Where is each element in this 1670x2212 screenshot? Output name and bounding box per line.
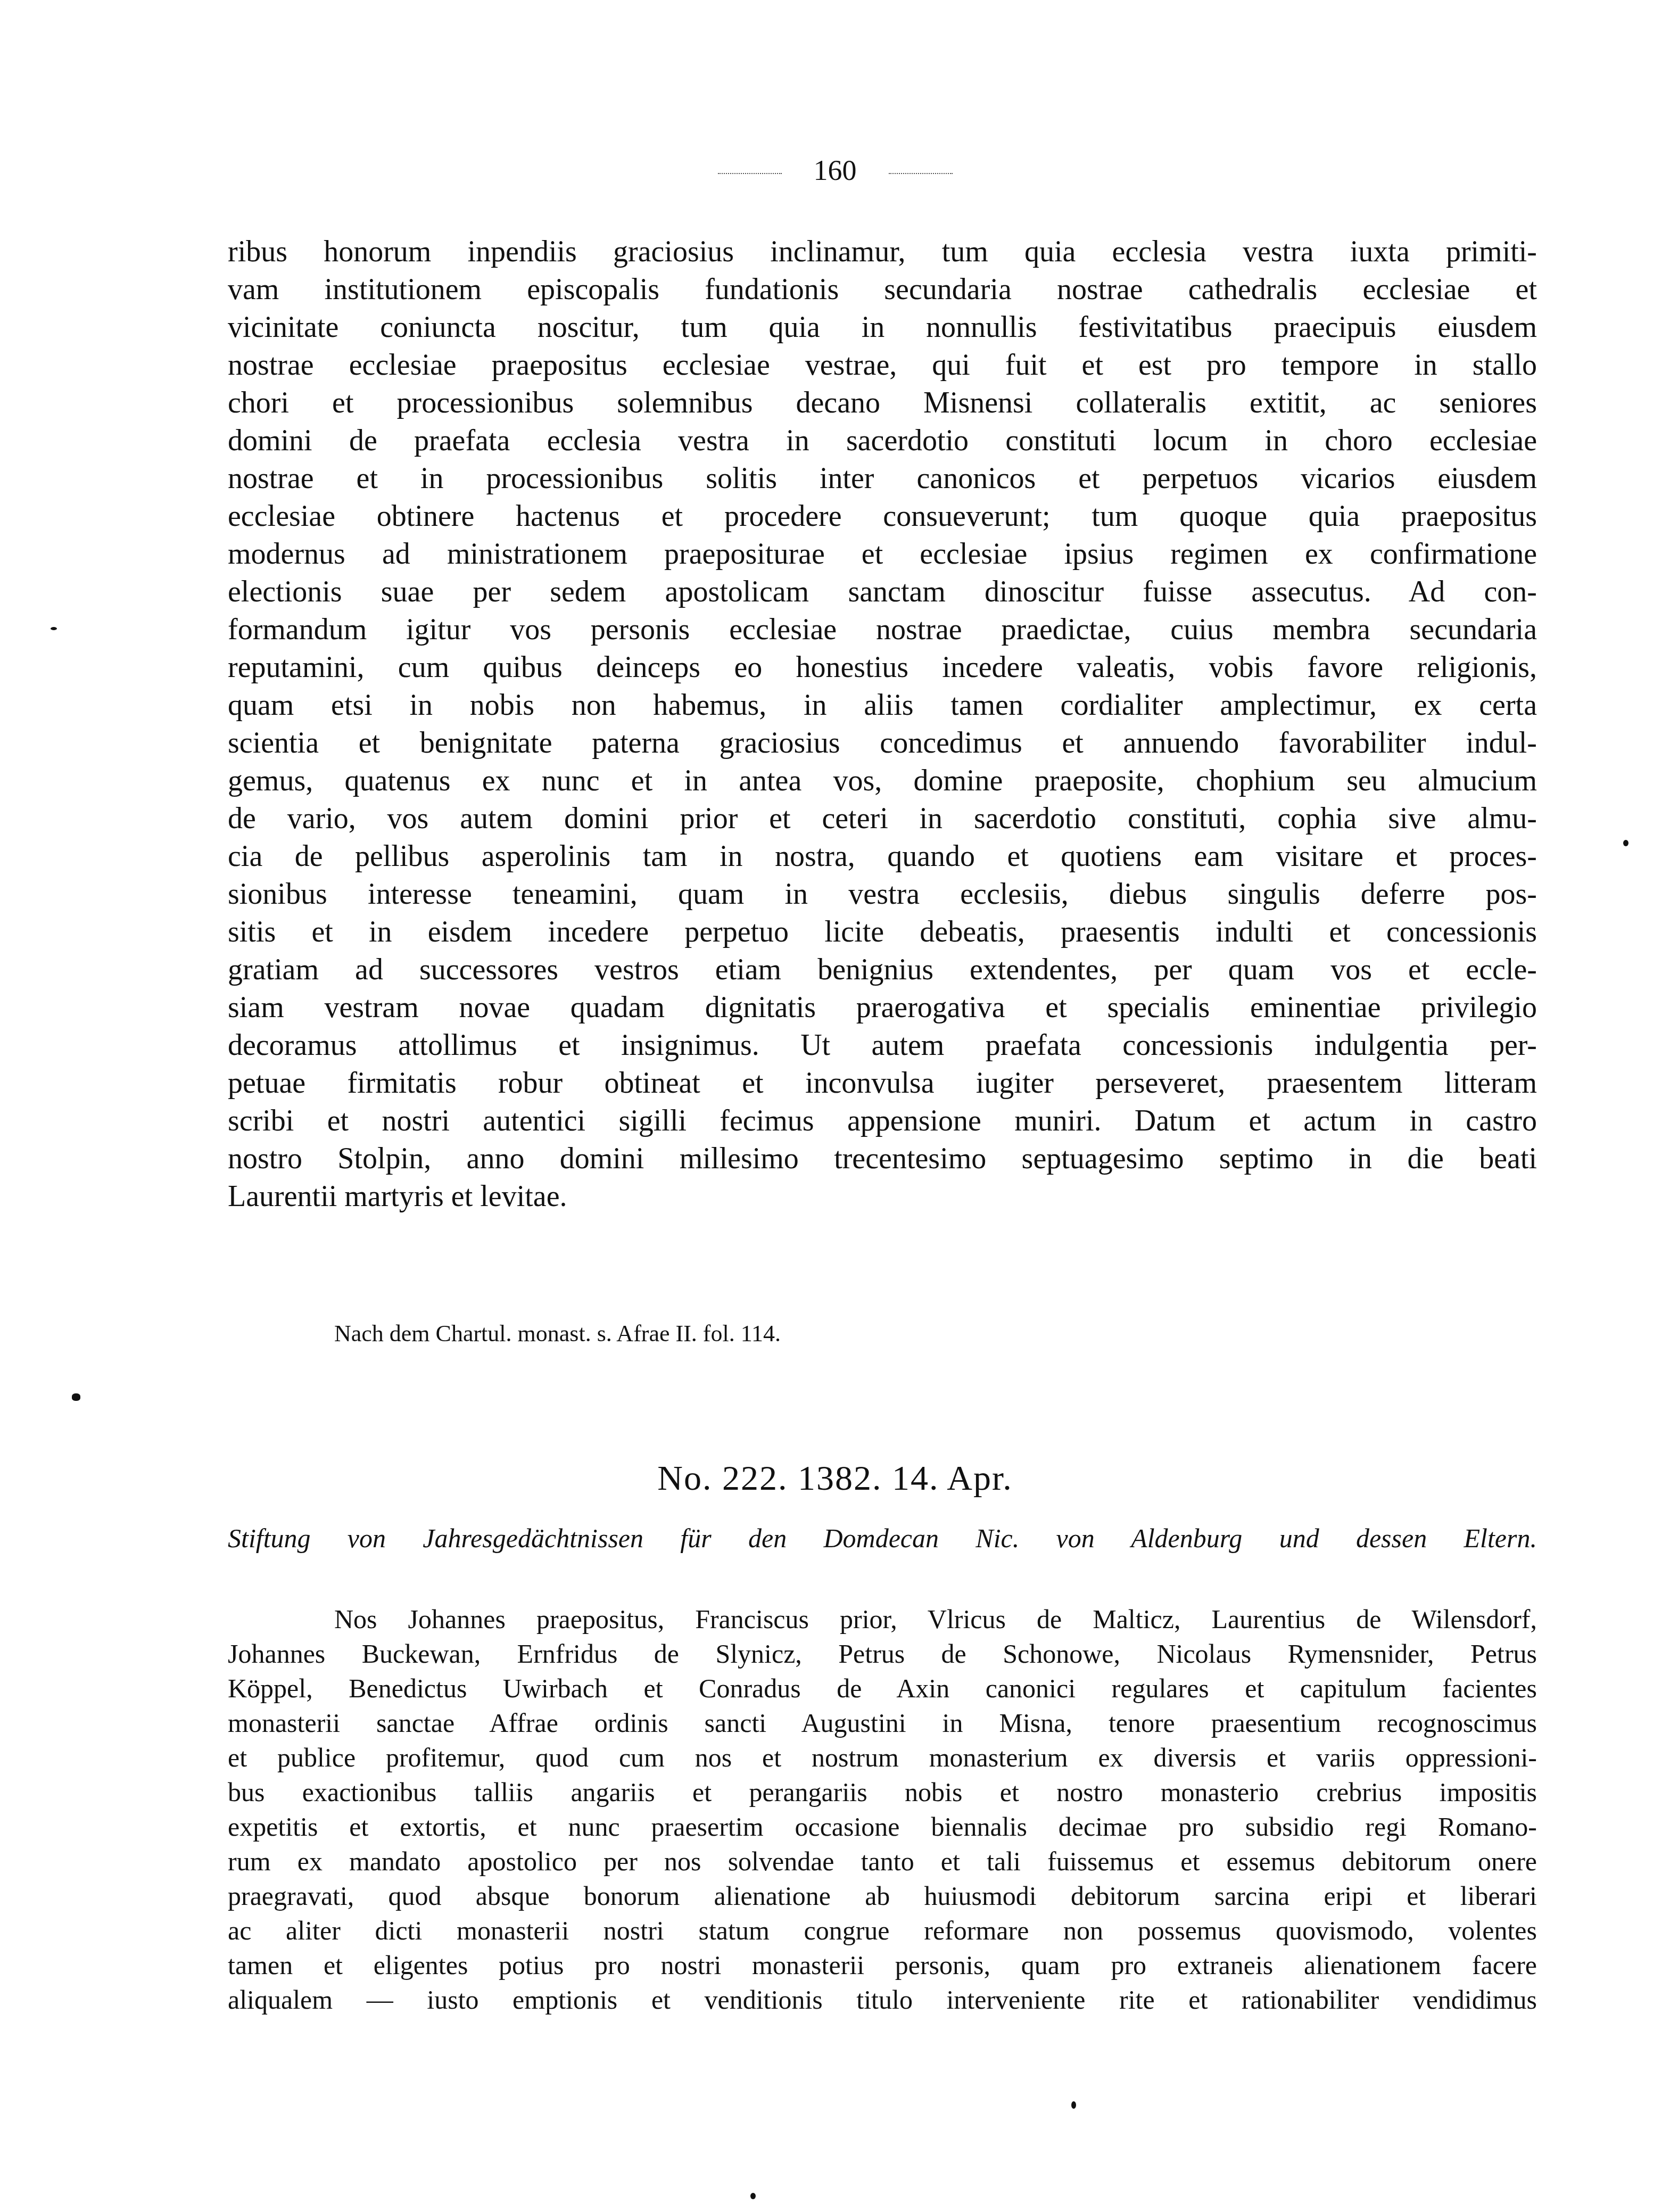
text-line: de vario, vos autem domini prior et cete…	[228, 800, 1537, 838]
text-line: nostrae et in processionibus solitis int…	[228, 460, 1537, 498]
text-line: gemus, quatenus ex nunc et in antea vos,…	[228, 762, 1537, 800]
text-line: vam institutionem episcopalis fundationi…	[228, 271, 1537, 309]
text-line: scientia et benignitate paterna graciosi…	[228, 724, 1537, 762]
text-line: petuae firmitatis robur obtineat et inco…	[228, 1064, 1537, 1102]
text-line: aliqualem — iusto emptionis et vendition…	[228, 1983, 1537, 2017]
text-line: rum ex mandato apostolico per nos solven…	[228, 1844, 1537, 1879]
text-line: praegravati, quod absque bonorum alienat…	[228, 1879, 1537, 1913]
ornament-rule-right	[889, 173, 953, 174]
text-line: expetitis et extortis, et nunc praeserti…	[228, 1810, 1537, 1844]
text-line: monasterii sanctae Affrae ordinis sancti…	[228, 1706, 1537, 1740]
text-line: Nos Johannes praepositus, Franciscus pri…	[228, 1602, 1537, 1637]
scan-speck	[1071, 2101, 1076, 2109]
text-line: Johannes Buckewan, Ernfridus de Slynicz,…	[228, 1637, 1537, 1671]
scan-speck	[750, 2193, 756, 2199]
scan-speck	[1623, 840, 1628, 846]
text-line: modernus ad ministrationem praepositurae…	[228, 535, 1537, 573]
document-heading: No. 222. 1382. 14. Apr.	[0, 1457, 1670, 1500]
document-subtitle: Stiftung von Jahresgedächtnissen für den…	[228, 1521, 1537, 1555]
text-line: vicinitate coniuncta noscitur, tum quia …	[228, 309, 1537, 346]
scan-speck	[51, 627, 57, 630]
text-line: scribi et nostri autentici sigilli fecim…	[228, 1102, 1537, 1140]
scan-speck	[72, 1393, 80, 1401]
text-line: sitis et in eisdem incedere perpetuo lic…	[228, 913, 1537, 951]
text-line: tamen et eligentes potius pro nostri mon…	[228, 1948, 1537, 1983]
text-line: siam vestram novae quadam dignitatis pra…	[228, 989, 1537, 1027]
text-line: Laurentii martyris et levitae.	[228, 1178, 1537, 1216]
text-line: formandum igitur vos personis ecclesiae …	[228, 611, 1537, 649]
text-line: quam etsi in nobis non habemus, in aliis…	[228, 687, 1537, 724]
text-line: nostrae ecclesiae praepositus ecclesiae …	[228, 346, 1537, 384]
text-line: electionis suae per sedem apostolicam sa…	[228, 573, 1537, 611]
source-note: Nach dem Chartul. monast. s. Afrae II. f…	[334, 1319, 781, 1349]
continued-document-text: ribus honorum inpendiis graciosius incli…	[228, 233, 1537, 1216]
text-line: decoramus attollimus et insignimus. Ut a…	[228, 1027, 1537, 1064]
document-222-text: Nos Johannes praepositus, Franciscus pri…	[228, 1602, 1537, 2017]
text-line: nostro Stolpin, anno domini millesimo tr…	[228, 1140, 1537, 1178]
text-line: ribus honorum inpendiis graciosius incli…	[228, 233, 1537, 271]
text-line: bus exactionibus talliis angariis et per…	[228, 1775, 1537, 1810]
text-line: et publice profitemur, quod cum nos et n…	[228, 1740, 1537, 1775]
text-line: cia de pellibus asperolinis tam in nostr…	[228, 838, 1537, 876]
text-line: domini de praefata ecclesia vestra in sa…	[228, 422, 1537, 460]
ornament-rule-left	[718, 173, 782, 174]
text-line: chori et processionibus solemnibus decan…	[228, 384, 1537, 422]
text-line: Köppel, Benedictus Uwirbach et Conradus …	[228, 1671, 1537, 1706]
text-line: ac aliter dicti monasterii nostri statum…	[228, 1913, 1537, 1948]
text-line: reputamini, cum quibus deinceps eo hones…	[228, 649, 1537, 687]
text-line: gratiam ad successores vestros etiam ben…	[228, 951, 1537, 989]
page-number-value: 160	[814, 154, 857, 186]
text-line: ecclesiae obtinere hactenus et procedere…	[228, 498, 1537, 535]
page-number: 160	[0, 154, 1670, 186]
text-line: sionibus interesse teneamini, quam in ve…	[228, 876, 1537, 913]
